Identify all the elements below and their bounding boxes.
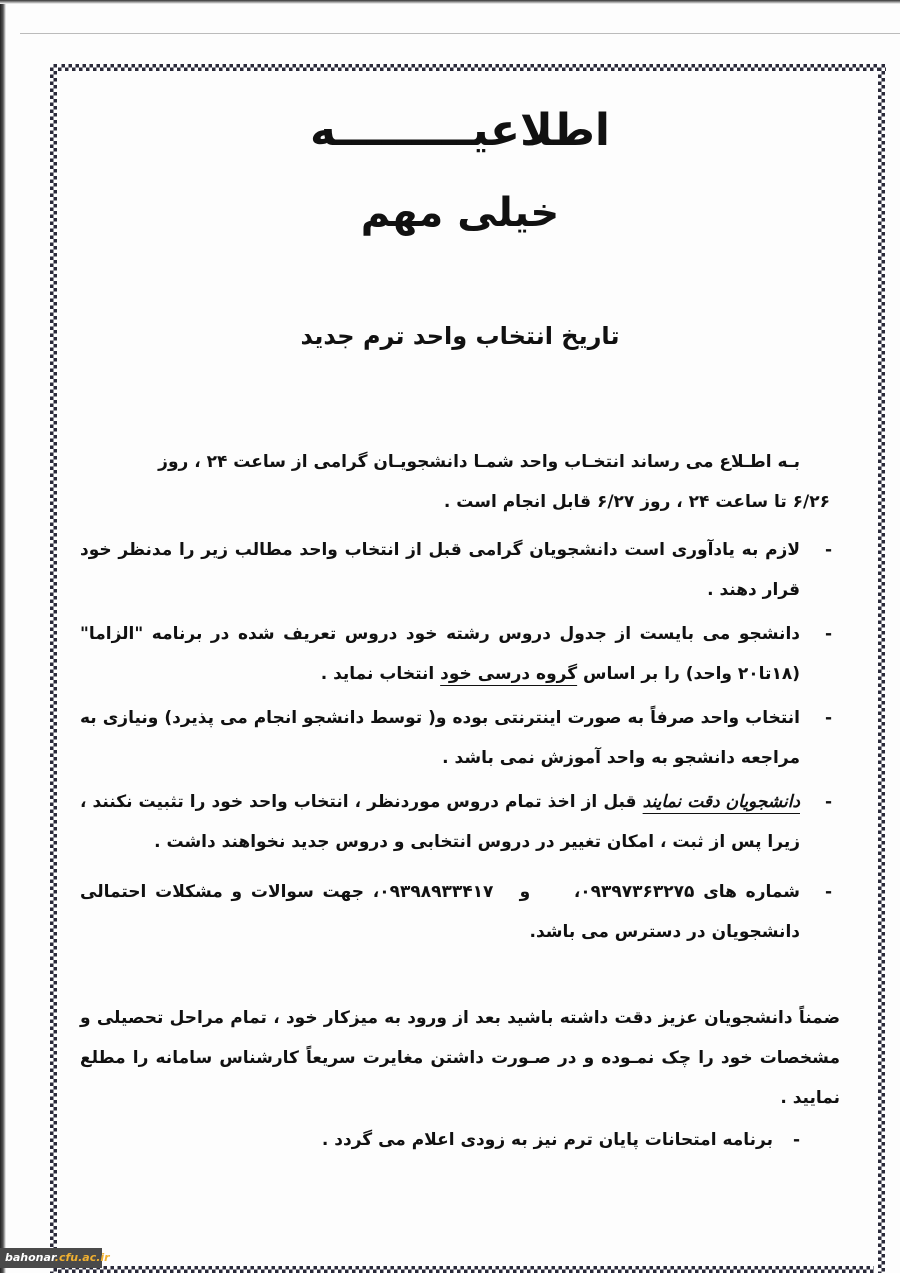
intro-paragraph: بـه اطـلاع می رساند انتخـاب واحد شمـا دا… bbox=[85, 442, 830, 522]
announcement-subtitle: خیلی مهم bbox=[80, 190, 840, 236]
final-note: - برنامه امتحانات پایان ترم نیز به زودی … bbox=[322, 1120, 800, 1160]
underlined-course-group: گروه درسی خود bbox=[440, 664, 577, 684]
phone-number-2: ۰۹۳۹۸۹۳۳۴۱۷ bbox=[379, 882, 493, 902]
checkered-border-left bbox=[50, 64, 57, 1273]
watermark-name: bahonar bbox=[5, 1251, 55, 1264]
watermark-site: .cfu.ac.ir bbox=[55, 1251, 110, 1264]
list-item: - دانشجویان دقت نمایند قبل از اخذ تمام د… bbox=[80, 782, 840, 862]
final-note-text: برنامه امتحانات پایان ترم نیز به زودی اع… bbox=[322, 1130, 773, 1150]
list-item: - انتخاب واحد صرفاً به صورت اینترنتی بود… bbox=[80, 698, 840, 778]
dash-bullet: - bbox=[825, 872, 832, 912]
dash-bullet: - bbox=[825, 698, 832, 738]
dash-bullet: - bbox=[825, 782, 832, 822]
conjunction: و bbox=[520, 882, 531, 902]
intro-line-2: ۶/۲۶ تا ساعت ۲۴ ، روز ۶/۲۷ قابل انجام اس… bbox=[85, 482, 830, 522]
intro-line-1: بـه اطـلاع می رساند انتخـاب واحد شمـا دا… bbox=[85, 442, 830, 482]
phone-number-1: ۰۹۳۹۷۳۶۳۲۷۵ bbox=[580, 882, 694, 902]
list-item-text: لازم به یادآوری است دانشجویان گرامی قبل … bbox=[80, 540, 800, 600]
list-item-text: انتخاب واحد صرفاً به صورت اینترنتی بوده … bbox=[80, 708, 800, 768]
scan-edge-shadow bbox=[0, 0, 6, 1273]
checkered-border-top bbox=[58, 64, 886, 71]
scan-artifact-line bbox=[20, 33, 900, 34]
list-item-text-after: انتخاب نماید . bbox=[321, 664, 435, 684]
list-item: - دانشجو می بایست از جدول دروس رشته خود … bbox=[80, 614, 840, 694]
instructions-list: - لازم به یادآوری است دانشجویان گرامی قب… bbox=[80, 530, 840, 966]
announcement-title: اطلاعیـــــــــه bbox=[80, 105, 840, 156]
footer-paragraph: ضمناً دانشجویان عزیز دقت داشته باشید بعد… bbox=[80, 998, 840, 1118]
announcement-heading: تاریخ انتخاب واحد ترم جدید bbox=[80, 322, 840, 350]
underlined-warning: دانشجویان دقت نمایند bbox=[643, 792, 800, 812]
dash-bullet: - bbox=[825, 530, 832, 570]
list-item: - لازم به یادآوری است دانشجویان گرامی قب… bbox=[80, 530, 840, 610]
scan-top-shadow bbox=[0, 0, 900, 4]
checkered-border-bottom bbox=[58, 1266, 874, 1273]
checkered-border-right bbox=[878, 64, 885, 1273]
dash-bullet: - bbox=[825, 614, 832, 654]
dash-bullet: - bbox=[793, 1130, 800, 1150]
list-item: - شماره های ۰۹۳۹۷۳۶۳۲۷۵، و ۰۹۳۹۸۹۳۳۴۱۷، … bbox=[80, 872, 840, 952]
site-watermark: bahonar.cfu.ac.ir bbox=[0, 1248, 102, 1268]
list-item-text: شماره های bbox=[703, 882, 800, 902]
